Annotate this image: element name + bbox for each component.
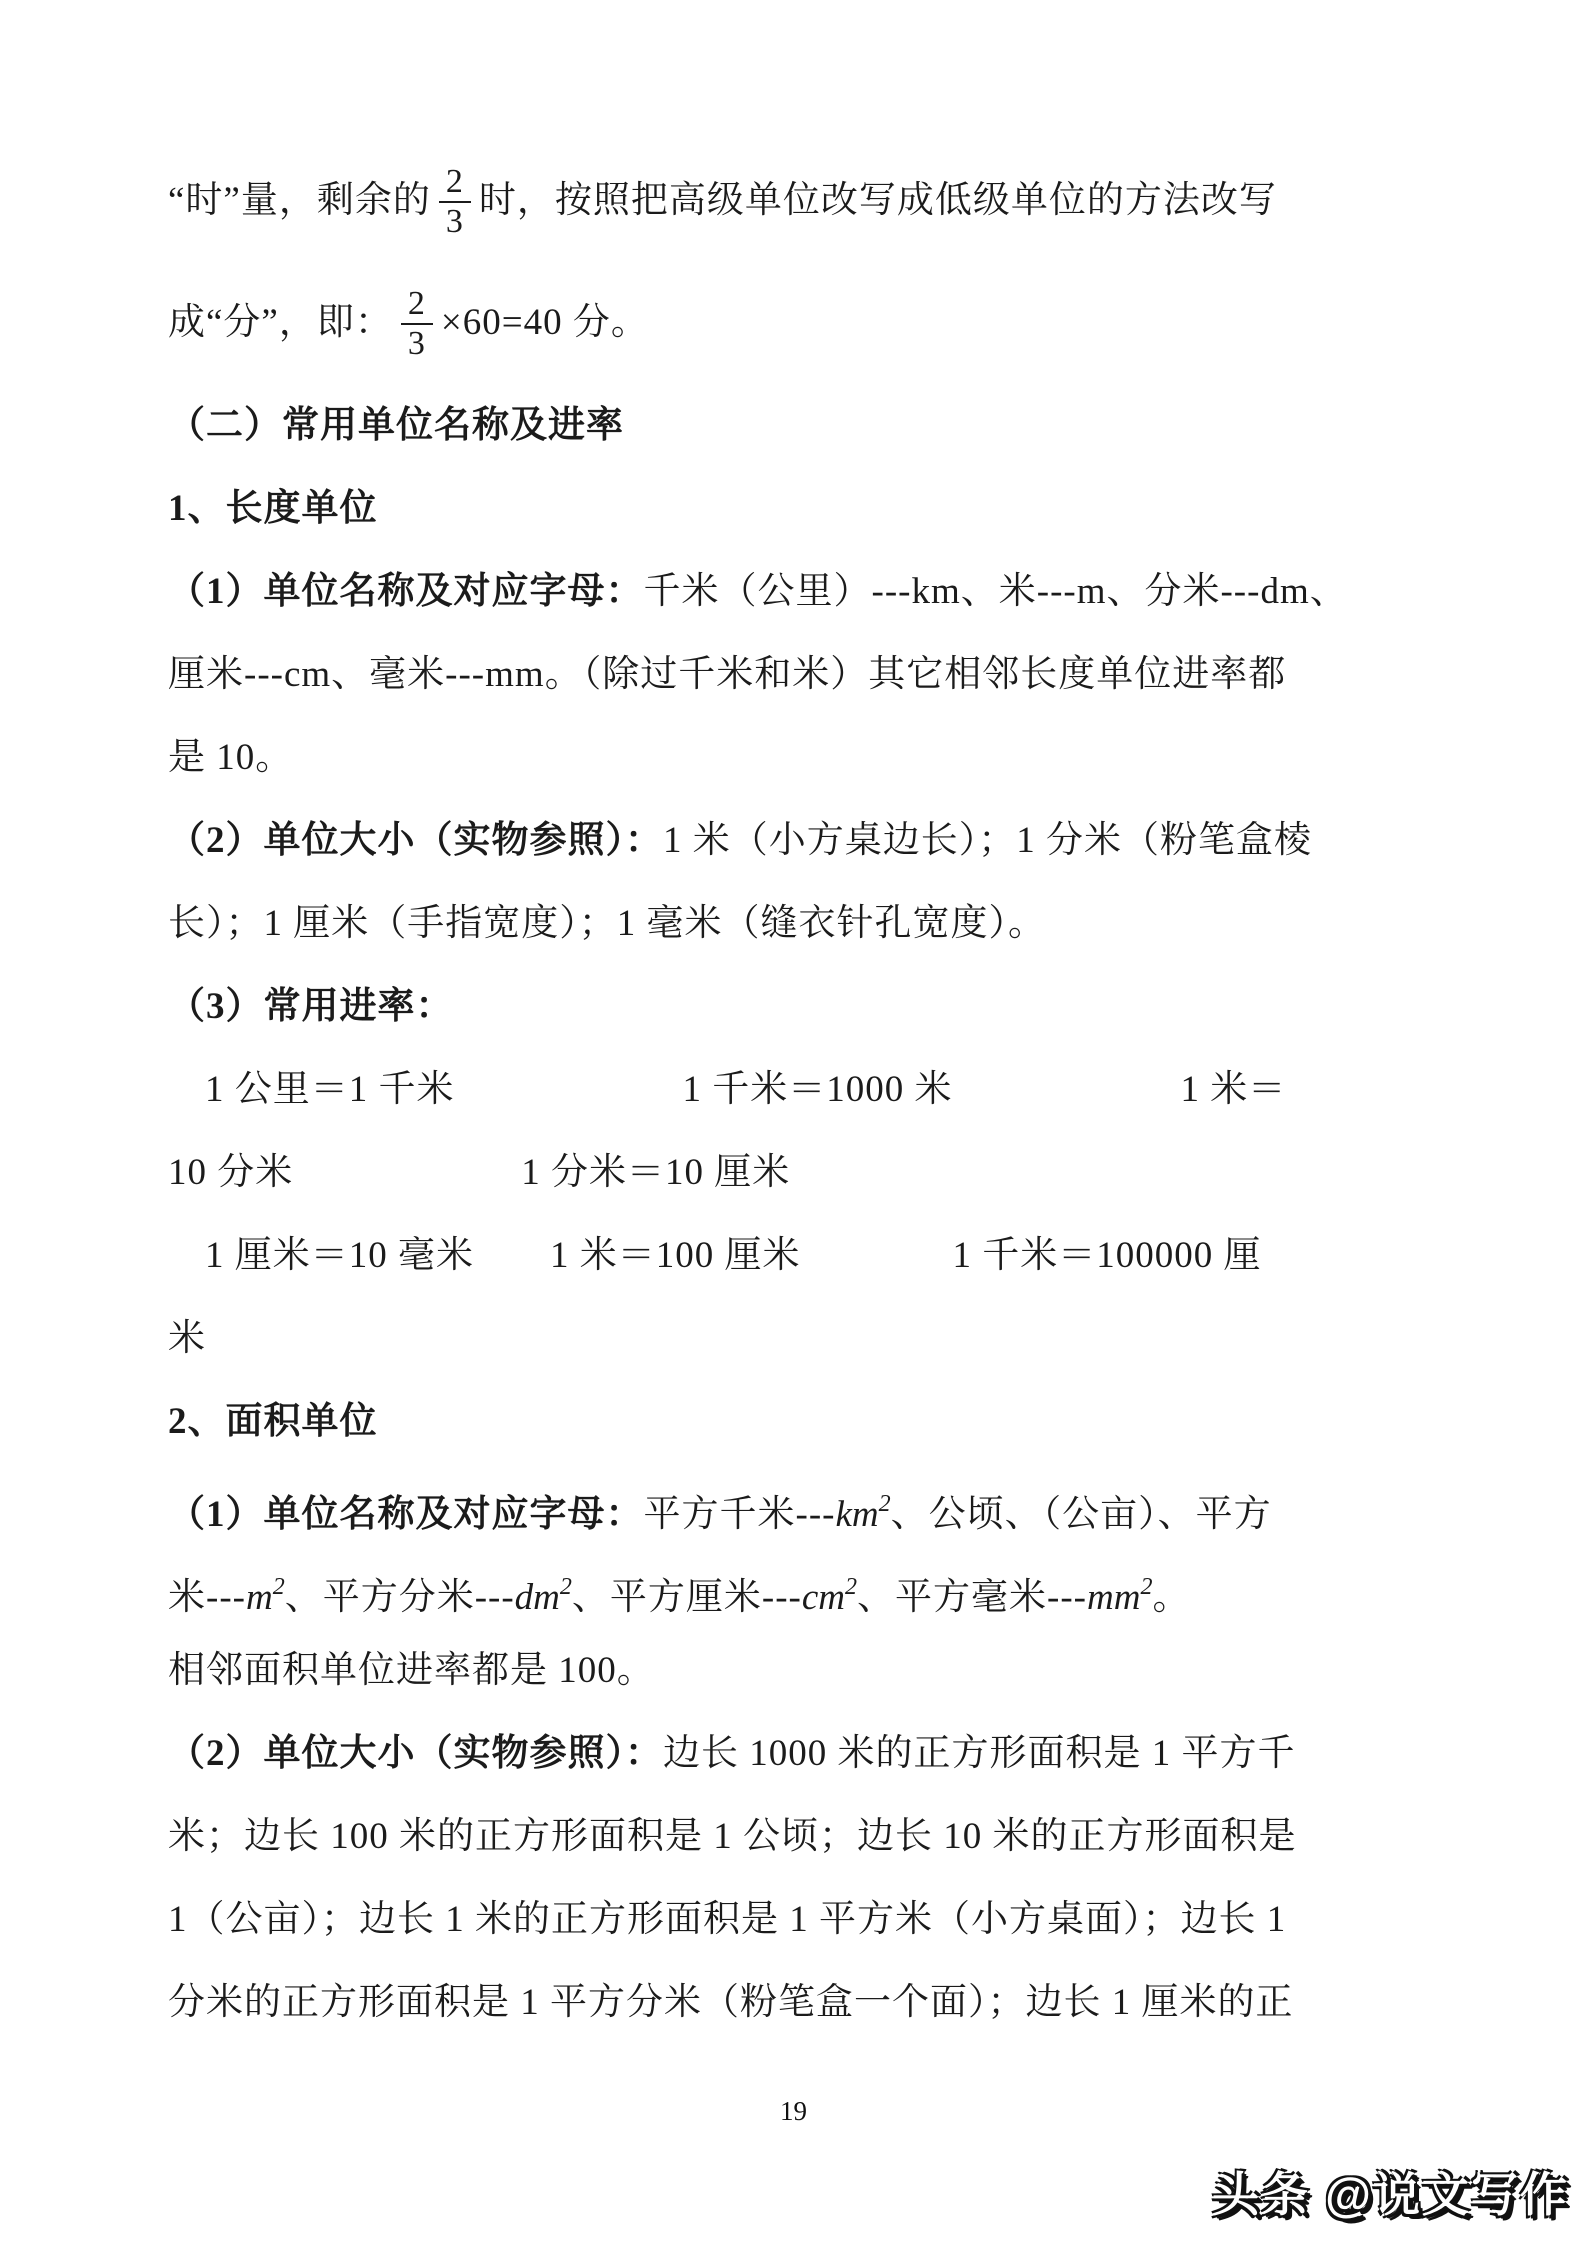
text-segment: 、平方厘米---	[572, 1577, 802, 1618]
text-segment: 1 厘米＝10 毫米 1 米＝100 厘米 1 千米＝100000 厘	[205, 1235, 1262, 1276]
text-segment: 边长 1000 米的正方形面积是 1 平方千	[663, 1733, 1296, 1774]
text-line-5: （1）单位名称及对应字母：千米（公里）---km、米---m、分米---dm、	[168, 550, 1438, 633]
body-text: “时”量，剩余的23时，按照把高级单位改写成低级单位的方法改写成“分”，即：23…	[168, 140, 1438, 2044]
text-segment: 1 公里＝1 千米 1 千米＝1000 米 1 米＝	[205, 1069, 1286, 1110]
text-segment: （1）单位名称及对应字母：	[168, 1494, 644, 1535]
text-segment: cm	[802, 1577, 845, 1618]
text-segment: 2	[273, 1574, 285, 1600]
page-number: 19	[0, 2096, 1587, 2127]
text-segment: 2	[845, 1574, 857, 1600]
text-line-13: 1 厘米＝10 毫米 1 米＝100 厘米 1 千米＝100000 厘	[168, 1214, 1438, 1297]
text-segment: 1、长度单位	[168, 488, 378, 529]
text-line-14: 米	[168, 1297, 1438, 1380]
text-segment: 米---	[168, 1577, 246, 1618]
text-segment: 平方千米---	[644, 1494, 836, 1535]
text-segment: 2、面积单位	[168, 1401, 378, 1442]
text-segment: （2）单位大小（实物参照）：	[168, 820, 663, 861]
text-line-4: 1、长度单位	[168, 467, 1438, 550]
text-segment: 1（公亩）；边长 1 米的正方形面积是 1 平方米（小方桌面）；边长 1	[168, 1899, 1286, 1940]
document-page: “时”量，剩余的23时，按照把高级单位改写成低级单位的方法改写成“分”，即：23…	[0, 0, 1587, 2245]
text-segment: 2	[560, 1574, 572, 1600]
text-segment: 2	[879, 1491, 891, 1517]
text-segment: 分米的正方形面积是 1 平方分米（粉笔盒一个面）；边长 1 厘米的正	[168, 1982, 1294, 2023]
text-segment: 。	[1152, 1577, 1190, 1618]
text-line-6: 厘米---cm、毫米---mm。（除过千米和米）其它相邻长度单位进率都	[168, 633, 1438, 716]
text-line-22: 分米的正方形面积是 1 平方分米（粉笔盒一个面）；边长 1 厘米的正	[168, 1961, 1438, 2044]
text-line-18: 相邻面积单位进率都是 100。	[168, 1629, 1438, 1712]
text-line-17: 米---m2、平方分米---dm2、平方厘米---cm2、平方毫米---mm2。	[168, 1546, 1438, 1629]
text-segment: “时”量，剩余的	[168, 180, 431, 221]
text-segment: （1）单位名称及对应字母：	[168, 571, 644, 612]
text-line-8: （2）单位大小（实物参照）：1 米（小方桌边长）；1 分米（粉笔盒棱	[168, 799, 1438, 882]
text-segment: （2）单位大小（实物参照）：	[168, 1733, 663, 1774]
text-line-19: （2）单位大小（实物参照）：边长 1000 米的正方形面积是 1 平方千	[168, 1712, 1438, 1795]
text-line-9: 长）；1 厘米（手指宽度）；1 毫米（缝衣针孔宽度）。	[168, 882, 1438, 965]
text-segment: 相邻面积单位进率都是 100。	[168, 1650, 655, 1691]
text-segment: 千米（公里）---km、米---m、分米---dm、	[644, 571, 1348, 612]
fraction: 23	[401, 286, 433, 361]
text-line-15: 2、面积单位	[168, 1380, 1438, 1463]
text-segment: mm	[1087, 1577, 1140, 1618]
text-line-10: （3）常用进率：	[168, 965, 1438, 1048]
text-line-1: “时”量，剩余的23时，按照把高级单位改写成低级单位的方法改写	[168, 140, 1438, 262]
text-segment: 、公顷、（公亩）、平方	[891, 1494, 1272, 1535]
text-segment: 米；边长 100 米的正方形面积是 1 公顷；边长 10 米的正方形面积是	[168, 1816, 1297, 1857]
text-line-11: 1 公里＝1 千米 1 千米＝1000 米 1 米＝	[168, 1048, 1438, 1131]
text-segment: km	[835, 1494, 878, 1535]
text-segment: 米	[168, 1318, 206, 1359]
text-segment: 时，按照把高级单位改写成低级单位的方法改写	[479, 180, 1277, 221]
watermark: 头条 @说文写作	[1212, 2158, 1569, 2225]
text-segment: 厘米---cm、毫米---mm。（除过千米和米）其它相邻长度单位进率都	[168, 654, 1286, 695]
text-segment: ×60=40 分。	[441, 302, 649, 343]
text-line-12: 10 分米 1 分米＝10 厘米	[168, 1131, 1438, 1214]
text-segment: 是 10。	[168, 737, 293, 778]
text-segment: m	[246, 1577, 273, 1618]
text-segment: 1 米（小方桌边长）；1 分米（粉笔盒棱	[663, 820, 1312, 861]
text-segment: 成“分”，即：	[168, 302, 393, 343]
text-segment: dm	[515, 1577, 560, 1618]
text-line-21: 1（公亩）；边长 1 米的正方形面积是 1 平方米（小方桌面）；边长 1	[168, 1878, 1438, 1961]
text-segment: 、平方毫米---	[857, 1577, 1087, 1618]
fraction: 23	[439, 164, 471, 239]
text-segment: （3）常用进率：	[168, 986, 454, 1027]
text-line-20: 米；边长 100 米的正方形面积是 1 公顷；边长 10 米的正方形面积是	[168, 1795, 1438, 1878]
text-segment: 2	[1140, 1574, 1152, 1600]
text-line-3: （二）常用单位名称及进率	[168, 384, 1438, 467]
text-segment: 10 分米 1 分米＝10 厘米	[168, 1152, 790, 1193]
text-segment: 长）；1 厘米（手指宽度）；1 毫米（缝衣针孔宽度）。	[168, 903, 1046, 944]
text-line-7: 是 10。	[168, 716, 1438, 799]
text-segment: 、平方分米---	[285, 1577, 515, 1618]
text-segment: （二）常用单位名称及进率	[168, 405, 624, 446]
text-line-2: 成“分”，即：23×60=40 分。	[168, 262, 1438, 384]
text-line-16: （1）单位名称及对应字母：平方千米---km2、公顷、（公亩）、平方	[168, 1463, 1438, 1546]
